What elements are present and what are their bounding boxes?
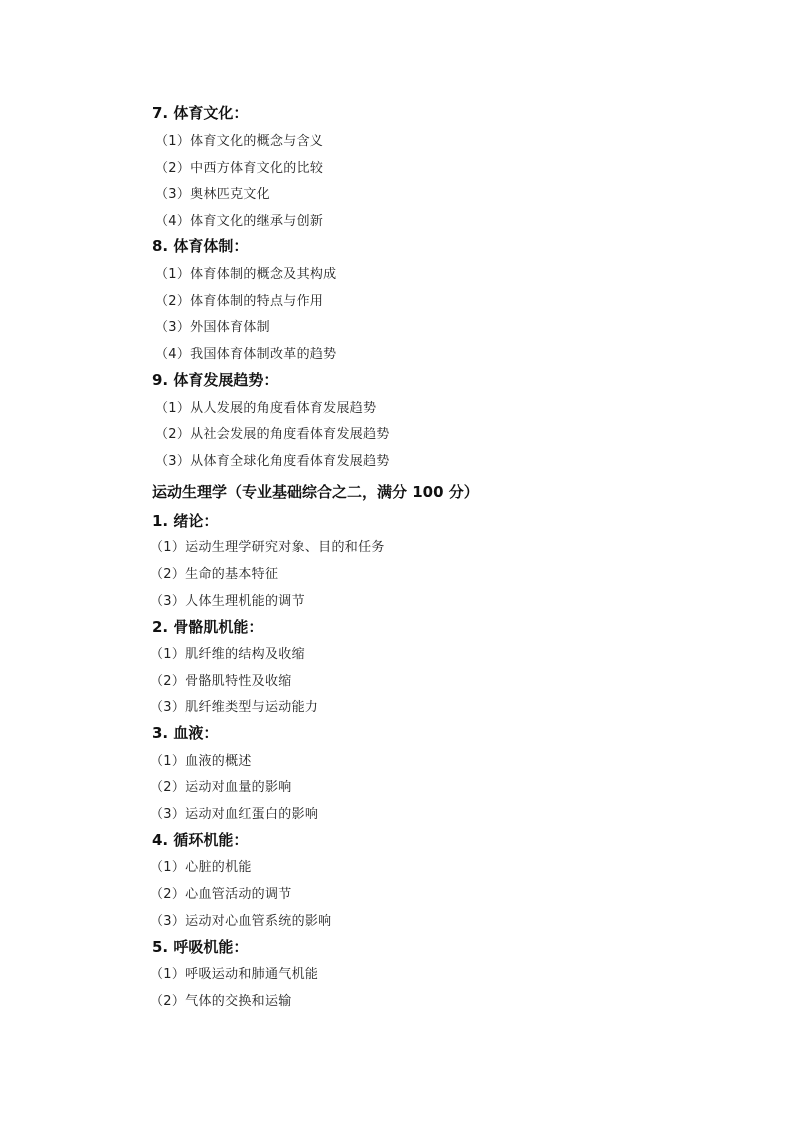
list-item: （1）运动生理学研究对象、目的和任务 xyxy=(150,536,385,555)
list-item: （2）中西方体育文化的比较 xyxy=(155,157,323,176)
list-item: （3）奥林匹克文化 xyxy=(155,183,270,202)
list-item: （2）从社会发展的角度看体育发展趋势 xyxy=(155,423,390,442)
heading-8: 8. 体育体制： xyxy=(152,235,248,256)
list-item: （1）血液的概述 xyxy=(150,750,252,769)
heading-5: 5. 呼吸机能： xyxy=(152,936,248,957)
heading-4: 4. 循环机能： xyxy=(152,829,248,850)
heading-3: 3. 血液： xyxy=(152,722,218,743)
list-item: （2）心血管活动的调节 xyxy=(150,883,292,902)
list-item: （1）肌纤维的结构及收缩 xyxy=(150,643,305,662)
heading-7: 7. 体育文化： xyxy=(152,102,248,123)
heading-1: 1. 绪论： xyxy=(152,510,218,531)
list-item: （2）体育体制的特点与作用 xyxy=(155,290,323,309)
list-item: （4）体育文化的继承与创新 xyxy=(155,210,323,229)
section-title: 运动生理学（专业基础综合之二，满分 100 分） xyxy=(152,481,479,502)
heading-2: 2. 骨骼肌机能： xyxy=(152,616,263,637)
list-item: （3）运动对血红蛋白的影响 xyxy=(150,803,318,822)
list-item: （3）运动对心血管系统的影响 xyxy=(150,910,331,929)
list-item: （1）体育体制的概念及其构成 xyxy=(155,263,336,282)
list-item: （1）呼吸运动和肺通气机能 xyxy=(150,963,318,982)
list-item: （3）人体生理机能的调节 xyxy=(150,590,305,609)
list-item: （2）生命的基本特征 xyxy=(150,563,278,582)
list-item: （2）运动对血量的影响 xyxy=(150,776,292,795)
list-item: （1）体育文化的概念与含义 xyxy=(155,130,323,149)
heading-9: 9. 体育发展趋势： xyxy=(152,369,278,390)
list-item: （4）我国体育体制改革的趋势 xyxy=(155,343,336,362)
list-item: （3）从体育全球化角度看体育发展趋势 xyxy=(155,450,390,469)
list-item: （1）心脏的机能 xyxy=(150,856,252,875)
list-item: （3）肌纤维类型与运动能力 xyxy=(150,696,318,715)
list-item: （2）气体的交换和运输 xyxy=(150,990,292,1009)
document-page: 7. 体育文化： （1）体育文化的概念与含义 （2）中西方体育文化的比较 （3）… xyxy=(0,0,793,1121)
list-item: （2）骨骼肌特性及收缩 xyxy=(150,670,292,689)
list-item: （1）从人发展的角度看体育发展趋势 xyxy=(155,397,376,416)
list-item: （3）外国体育体制 xyxy=(155,316,270,335)
